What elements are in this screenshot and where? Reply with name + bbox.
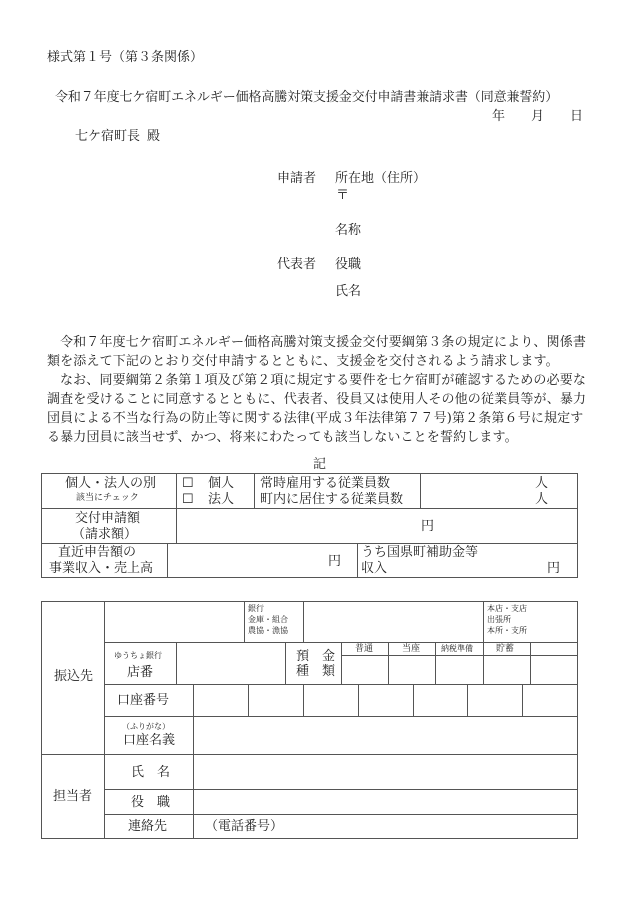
branch-number-field[interactable] bbox=[177, 643, 285, 684]
deposit-type-savings[interactable]: 貯蓄 bbox=[496, 645, 514, 654]
deposit-type-label: 預 金 bbox=[296, 650, 335, 663]
account-name-field[interactable] bbox=[194, 717, 577, 754]
branch-types: 本店・支店 出張所 本所・支所 bbox=[487, 603, 527, 636]
contact-position-field[interactable] bbox=[194, 790, 577, 814]
subsidy-sublabel: 収入 bbox=[361, 562, 387, 575]
body-paragraph-1: 令和７年度七ケ宿町エネルギー価格高騰対策支援金交付要綱第３条の規定により、関係書… bbox=[47, 333, 592, 371]
grant-amount-unit[interactable]: 円 bbox=[421, 520, 434, 533]
bank-type-nokyo[interactable]: 農協・漁協 bbox=[248, 625, 288, 636]
deposit-type-tax-reserve[interactable]: 納税準備 bbox=[441, 645, 473, 653]
subsidy-unit[interactable]: 円 bbox=[547, 562, 560, 575]
bank-type-shinkin[interactable]: 金庫・組合 bbox=[248, 614, 288, 625]
grant-amount-sublabel: （請求額） bbox=[72, 528, 137, 541]
employees-local-unit[interactable]: 人 bbox=[535, 493, 548, 506]
document-title: 令和７年度七ケ宿町エネルギー価格高騰対策支援金交付申請書兼請求書（同意兼誓約） bbox=[55, 91, 558, 104]
type-label: 個人・法人の別 bbox=[65, 477, 156, 490]
deposit-type-sublabel: 種 類 bbox=[296, 665, 335, 678]
postal-mark[interactable]: 〒 bbox=[336, 189, 349, 202]
account-number-field[interactable] bbox=[194, 685, 577, 716]
transfer-label: 振込先 bbox=[54, 670, 93, 683]
contact-phone-label: 連絡先 bbox=[128, 820, 167, 833]
employees-local-label: 町内に居住する従業員数 bbox=[260, 493, 403, 506]
deposit-type-ordinary[interactable]: 普通 bbox=[355, 645, 373, 654]
branch-type-sub[interactable]: 本所・支所 bbox=[487, 625, 527, 636]
revenue-unit[interactable]: 円 bbox=[328, 555, 341, 568]
account-name-label: 口座名義 bbox=[123, 734, 175, 747]
checkbox-corporation[interactable]: ☐ bbox=[182, 493, 194, 506]
date-day[interactable]: 日 bbox=[570, 110, 583, 123]
person-name-label: 氏名 bbox=[335, 285, 361, 298]
account-number-label: 口座番号 bbox=[117, 694, 169, 707]
revenue-label: 直近申告額の bbox=[58, 546, 136, 559]
deposit-type-current[interactable]: 当座 bbox=[402, 645, 420, 654]
form-number: 様式第１号（第３条関係） bbox=[47, 51, 203, 64]
revenue-sublabel: 事業収入・売上高 bbox=[49, 562, 153, 575]
employees-regular-unit[interactable]: 人 bbox=[535, 477, 548, 490]
honorific: 殿 bbox=[147, 130, 160, 143]
contact-position-label: 役 職 bbox=[131, 796, 170, 809]
type-hint: 該当にチェック bbox=[76, 494, 139, 503]
employees-regular-label: 常時雇用する従業員数 bbox=[260, 477, 390, 490]
contact-name-label: 氏 名 bbox=[131, 766, 170, 779]
ki-label: 記 bbox=[313, 458, 326, 471]
branch-type-office[interactable]: 出張所 bbox=[487, 614, 527, 625]
address-label: 所在地（住所） bbox=[335, 172, 426, 185]
option-individual-label: 個人 bbox=[208, 477, 234, 490]
contact-phone-field[interactable]: （電話番号） bbox=[205, 820, 283, 833]
position-label: 役職 bbox=[335, 258, 361, 271]
option-corporation-label: 法人 bbox=[208, 493, 234, 506]
name-label: 名称 bbox=[335, 224, 361, 237]
branch-number-label: 店番 bbox=[127, 666, 153, 679]
checkbox-individual[interactable]: ☐ bbox=[182, 477, 194, 490]
yucho-label: ゆうちょ銀行 bbox=[114, 650, 162, 661]
branch-name-field[interactable] bbox=[304, 602, 482, 642]
bank-types: 銀行 金庫・組合 農協・漁協 bbox=[248, 603, 288, 636]
branch-type-head[interactable]: 本店・支店 bbox=[487, 603, 527, 614]
body-text: 令和７年度七ケ宿町エネルギー価格高騰対策支援金交付要綱第３条の規定により、関係書… bbox=[47, 333, 592, 447]
representative-label: 代表者 bbox=[277, 258, 316, 271]
addressee: 七ケ宿町長 bbox=[75, 130, 140, 143]
bank-name-field[interactable] bbox=[105, 602, 244, 642]
subsidy-label: うち国県町補助金等 bbox=[361, 546, 478, 559]
contact-person-label: 担当者 bbox=[53, 790, 92, 803]
date-year[interactable]: 年 bbox=[492, 110, 505, 123]
bank-type-bank[interactable]: 銀行 bbox=[248, 603, 288, 614]
contact-name-field[interactable] bbox=[194, 755, 577, 789]
furigana-label: （ふりがな） bbox=[122, 721, 170, 732]
date-month[interactable]: 月 bbox=[531, 110, 544, 123]
body-paragraph-2: なお、同要綱第２条第１項及び第２項に規定する要件を七ケ宿町が確認するための必要な… bbox=[47, 371, 592, 447]
applicant-label: 申請者 bbox=[277, 172, 316, 185]
grant-amount-label: 交付申請額 bbox=[75, 512, 140, 525]
